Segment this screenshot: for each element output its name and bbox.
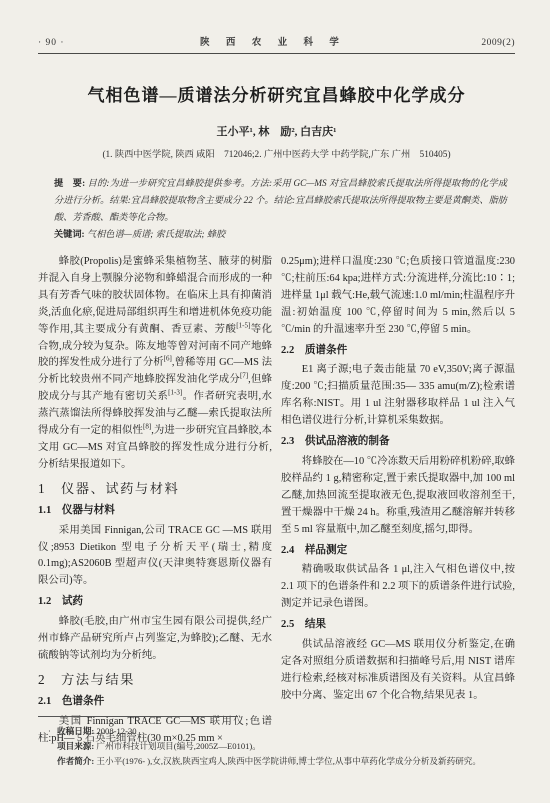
- section-1-1-paragraph: 采用美国 Finnigan,公司 TRACE GC —MS 联用仪;8953 D…: [38, 523, 272, 591]
- section-2-3-heading: 2.3 供试品溶液的制备: [281, 434, 515, 451]
- abstract-label: 提 要:: [54, 178, 85, 188]
- abstract-block: 提 要: 目的:为进一步研究宜昌蜂胶提供参考。方法:采用 GC—MS 对宜昌蜂胶…: [54, 175, 507, 243]
- funding-line: 项目来源: 广州市科技计划项目(编号,2005Z—E0101)。: [57, 739, 517, 754]
- authors-line: 王小平¹, 林 励², 白吉庆¹: [38, 123, 515, 139]
- section-2-1-heading: 2.1 色谱条件: [38, 694, 272, 711]
- header-rule: [38, 53, 515, 54]
- author-bio-line: 作者简介: 王小平(1976- ),女,汉族,陕西宝鸡人,陕西中医学院讲师,博士…: [57, 754, 517, 769]
- abstract-paragraph: 提 要: 目的:为进一步研究宜昌蜂胶提供参考。方法:采用 GC—MS 对宜昌蜂胶…: [54, 175, 507, 226]
- page-number: · 90 ·: [38, 38, 65, 48]
- intro-paragraph: 蜂胶(Propolis)是蜜蜂采集植物茎、腋芽的树脂并混入自身上颚腺分泌物和蜂蜡…: [38, 254, 272, 474]
- keywords-line: 关键词: 气相色谱—质谱; 索氏提取法; 蜂胶: [54, 226, 507, 243]
- issue-label: 2009(2): [481, 38, 515, 48]
- funding-value: 广州市科技计划项目(编号,2005Z—E0101)。: [96, 741, 260, 751]
- page-header: · 90 · 陕 西 农 业 科 学 2009(2): [38, 34, 515, 48]
- right-column: 0.25μm);进样口温度:230 ℃;色质接口管道温度:230 ℃;柱前压:6…: [281, 254, 515, 747]
- section-2-4-paragraph: 精确吸取供试品各 1 μl,注入气相色谱仪中,按 2.1 项下的色谱条件和 2.…: [281, 562, 515, 613]
- author-bio-value: 王小平(1976- ),女,汉族,陕西宝鸡人,陕西中医学院讲师,博士学位,从事中…: [96, 756, 481, 766]
- section-2-heading: 2 方法与结果: [38, 672, 272, 689]
- journal-page: · 90 · 陕 西 农 业 科 学 2009(2) 气相色谱—质谱法分析研究宜…: [0, 0, 550, 803]
- two-column-body: 蜂胶(Propolis)是蜜蜂采集植物茎、腋芽的树脂并混入自身上颚腺分泌物和蜂蜡…: [38, 254, 515, 747]
- footnote-rule: [38, 716, 238, 717]
- section-1-heading: 1 仪器、试药与材料: [38, 481, 272, 498]
- footnote-block: · 收稿日期: 2008-12-30 项目来源: 广州市科技计划项目(编号,20…: [38, 716, 517, 769]
- journal-name: 陕 西 农 业 科 学: [200, 34, 346, 48]
- affiliation-line: (1. 陕西中医学院, 陕西 咸阳 712046;2. 广州中医药大学 中药学院…: [38, 146, 515, 160]
- section-2-5-paragraph: 供试品溶液经 GC—MS 联用仪分析鉴定,在确定各对照组分质谱数据和扫描峰号后,…: [281, 637, 515, 705]
- section-2-5-heading: 2.5 结果: [281, 617, 515, 634]
- section-1-1-heading: 1.1 仪器与材料: [38, 503, 272, 520]
- section-2-2-heading: 2.2 质谱条件: [281, 343, 515, 360]
- received-date-value: 2008-12-30: [96, 726, 136, 736]
- author-bio-label: 作者简介:: [57, 756, 94, 766]
- page-title: 气相色谱—质谱法分析研究宜昌蜂胶中化学成分: [38, 81, 515, 106]
- section-2-1-continuation: 0.25μm);进样口温度:230 ℃;色质接口管道温度:230 ℃;柱前压:6…: [281, 254, 515, 339]
- section-2-2-paragraph: E1 离子源;电子轰击能量 70 eV,350V;离子源温度:200 ℃;扫描质…: [281, 362, 515, 430]
- footnote-bullet: ·: [48, 726, 51, 736]
- keywords-label: 关键词:: [54, 229, 85, 239]
- keywords-text: 气相色谱—质谱; 索氏提取法; 蜂胶: [87, 229, 225, 239]
- received-date-line: · 收稿日期: 2008-12-30: [48, 724, 517, 739]
- section-2-3-paragraph: 将蜂胶在—10 ℃冷冻数天后用粉碎机粉碎,取蜂胶样品约 1 g,精密称定,置于索…: [281, 454, 515, 539]
- abstract-text: 目的:为进一步研究宜昌蜂胶提供参考。方法:采用 GC—MS 对宜昌蜂胶索氏提取法…: [54, 178, 507, 222]
- left-column: 蜂胶(Propolis)是蜜蜂采集植物茎、腋芽的树脂并混入自身上颚腺分泌物和蜂蜡…: [38, 254, 272, 747]
- funding-label: 项目来源:: [57, 741, 94, 751]
- section-1-2-heading: 1.2 试药: [38, 594, 272, 611]
- section-2-4-heading: 2.4 样品测定: [281, 543, 515, 560]
- received-date-label: 收稿日期:: [57, 726, 94, 736]
- section-1-2-paragraph: 蜂胶(毛胶,由广州市宝生园有限公司提供,经广州市蜂产品研究所卢占列鉴定,为蜂胶)…: [38, 614, 272, 665]
